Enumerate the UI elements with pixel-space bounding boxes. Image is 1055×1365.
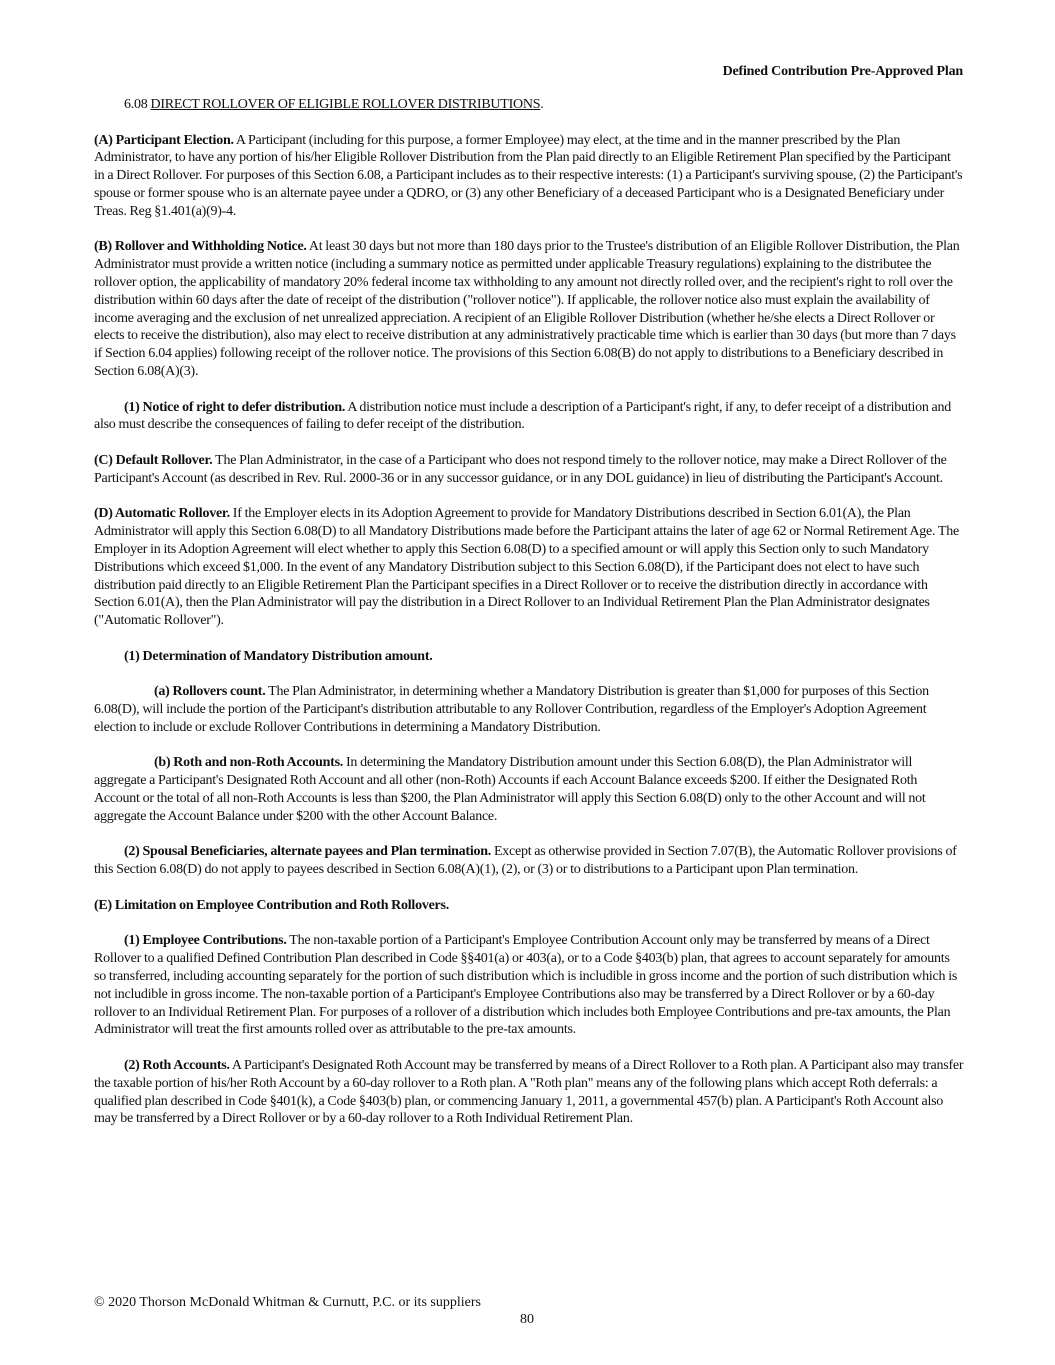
paragraph-label: (D) Automatic Rollover.: [94, 506, 230, 521]
paragraph-label: (B) Rollover and Withholding Notice.: [94, 239, 307, 254]
paragraph-b-rollover-notice: (B) Rollover and Withholding Notice. At …: [94, 238, 964, 380]
document-body: 6.08 DIRECT ROLLOVER OF ELIGIBLE ROLLOVE…: [94, 96, 964, 1146]
paragraph-text: The non-taxable portion of a Participant…: [94, 933, 957, 1037]
paragraph-label: (2) Spousal Beneficiaries, alternate pay…: [124, 844, 491, 859]
paragraph-label: (2) Roth Accounts.: [124, 1058, 230, 1073]
paragraph-text: At least 30 days but not more than 180 d…: [94, 239, 960, 379]
paragraph-text: The Plan Administrator, in the case of a…: [94, 453, 947, 486]
paragraph-label: (b) Roth and non-Roth Accounts.: [154, 755, 343, 770]
section-number: 6.08: [124, 97, 150, 112]
paragraph-d-automatic-rollover: (D) Automatic Rollover. If the Employer …: [94, 505, 964, 630]
paragraph-d1-determination-heading: (1) Determination of Mandatory Distribut…: [94, 648, 964, 666]
section-heading: 6.08 DIRECT ROLLOVER OF ELIGIBLE ROLLOVE…: [94, 96, 964, 114]
document-header-title: Defined Contribution Pre-Approved Plan: [723, 64, 963, 80]
paragraph-label: (1) Employee Contributions.: [124, 933, 287, 948]
paragraph-label: (a) Rollovers count.: [154, 684, 265, 699]
section-title: DIRECT ROLLOVER OF ELIGIBLE ROLLOVER DIS…: [150, 97, 540, 112]
paragraph-label: (A) Participant Election.: [94, 133, 234, 148]
paragraph-e1-employee-contributions: (1) Employee Contributions. The non-taxa…: [94, 932, 964, 1039]
paragraph-a-participant-election: (A) Participant Election. A Participant …: [94, 132, 964, 221]
paragraph-d2-spousal-beneficiaries: (2) Spousal Beneficiaries, alternate pay…: [94, 843, 964, 879]
paragraph-b1-notice-of-right-to-defer: (1) Notice of right to defer distributio…: [94, 399, 964, 435]
paragraph-e2-roth-accounts: (2) Roth Accounts. A Participant's Desig…: [94, 1057, 964, 1128]
footer-copyright: © 2020 Thorson McDonald Whitman & Curnut…: [94, 1294, 481, 1311]
paragraph-e-limitation-heading: (E) Limitation on Employee Contribution …: [94, 897, 964, 915]
paragraph-label: (1) Notice of right to defer distributio…: [124, 400, 345, 415]
paragraph-c-default-rollover: (C) Default Rollover. The Plan Administr…: [94, 452, 964, 488]
paragraph-label: (C) Default Rollover.: [94, 453, 212, 468]
paragraph-d1b-roth-and-non-roth: (b) Roth and non-Roth Accounts. In deter…: [94, 754, 964, 825]
paragraph-text: If the Employer elects in its Adoption A…: [94, 506, 959, 628]
page-number: 80: [520, 1312, 534, 1328]
section-title-suffix: .: [540, 97, 543, 112]
document-page: Defined Contribution Pre-Approved Plan 6…: [0, 0, 1055, 1365]
paragraph-d1a-rollovers-count: (a) Rollovers count. The Plan Administra…: [94, 683, 964, 736]
